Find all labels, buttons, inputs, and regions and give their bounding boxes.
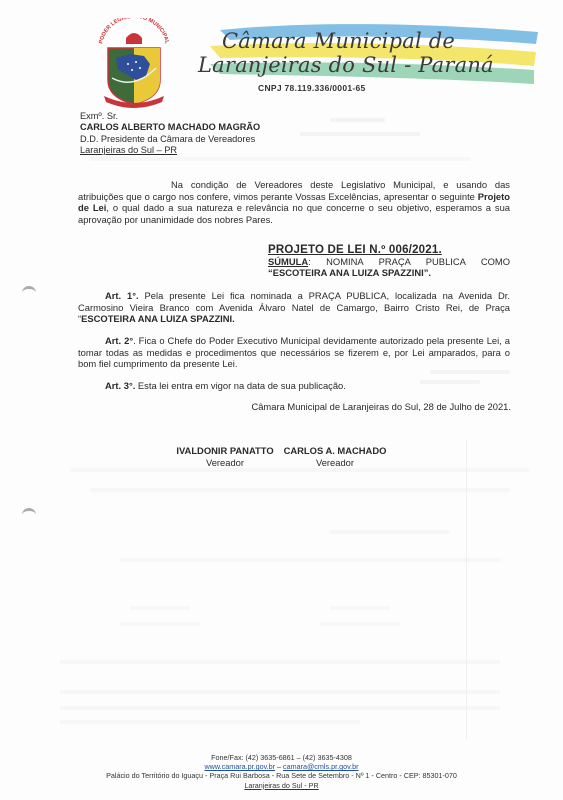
coat-of-arms-emblem: PODER LEGISLATIVO MUNICIPAL — [96, 18, 172, 110]
addressee-block: Exmº. Sr. CARLOS ALBERTO MACHADO MAGRÃO … — [80, 111, 260, 157]
addressee-role: D.D. Presidente da Câmara de Vereadores — [80, 134, 260, 145]
hole-punch-mark — [22, 508, 36, 520]
hole-punch-mark — [22, 286, 36, 298]
footer-city: Laranjeiras do Sul - PR — [0, 781, 563, 790]
footer: Fone/Fax: (42) 3635-6861 – (42) 3635-430… — [0, 753, 563, 790]
date-line: Câmara Municipal de Laranjeiras do Sul, … — [251, 401, 511, 412]
footer-phone: Fone/Fax: (42) 3635-6861 – (42) 3635-430… — [0, 753, 563, 762]
document-page: PODER LEGISLATIVO MUNICIPAL Câmara Munic… — [0, 0, 563, 800]
signature-2: CARLOS A. MACHADO Vereador — [280, 445, 390, 468]
addressee-city: Laranjeiras do Sul – PR — [80, 145, 260, 156]
chamber-title-line2: Laranjeiras do Sul - Paraná — [198, 53, 494, 77]
footer-email-link[interactable]: camara@cmls.pr.gov.br — [283, 762, 358, 771]
bill-summary-name: “ESCOTEIRA ANA LUIZA SPAZZINI”. — [268, 267, 510, 278]
article-1: Art. 1°. Pela presente Lei fica nominada… — [78, 290, 510, 325]
bill-heading: PROJETO DE LEI N.º 006/2021. SÚMULA: NOM… — [268, 244, 510, 278]
footer-address: Palácio do Território do Iguaçu - Praça … — [0, 771, 563, 780]
bill-summary: SÚMULA: NOMINA PRAÇA PUBLICA COMO — [268, 256, 510, 267]
article-2: Art. 2°. Fica o Chefe do Poder Executivo… — [78, 335, 510, 370]
article-3: Art. 3°. Esta lei entra em vigor na data… — [78, 380, 510, 392]
cnpj: CNPJ 78.119.336/0001-65 — [258, 83, 366, 93]
chamber-title-line1: Câmara Municipal de — [222, 29, 455, 53]
signature-1: IVALDONIR PANATTO Vereador — [170, 445, 280, 468]
salutation: Exmº. Sr. — [80, 111, 260, 122]
addressee-name: CARLOS ALBERTO MACHADO MAGRÃO — [80, 122, 260, 133]
footer-website-link[interactable]: www.camara.pr.gov.br — [204, 762, 275, 771]
intro-paragraph: Na condição de Vereadores deste Legislat… — [78, 179, 510, 225]
bill-title: PROJETO DE LEI N.º 006/2021. — [268, 244, 510, 256]
